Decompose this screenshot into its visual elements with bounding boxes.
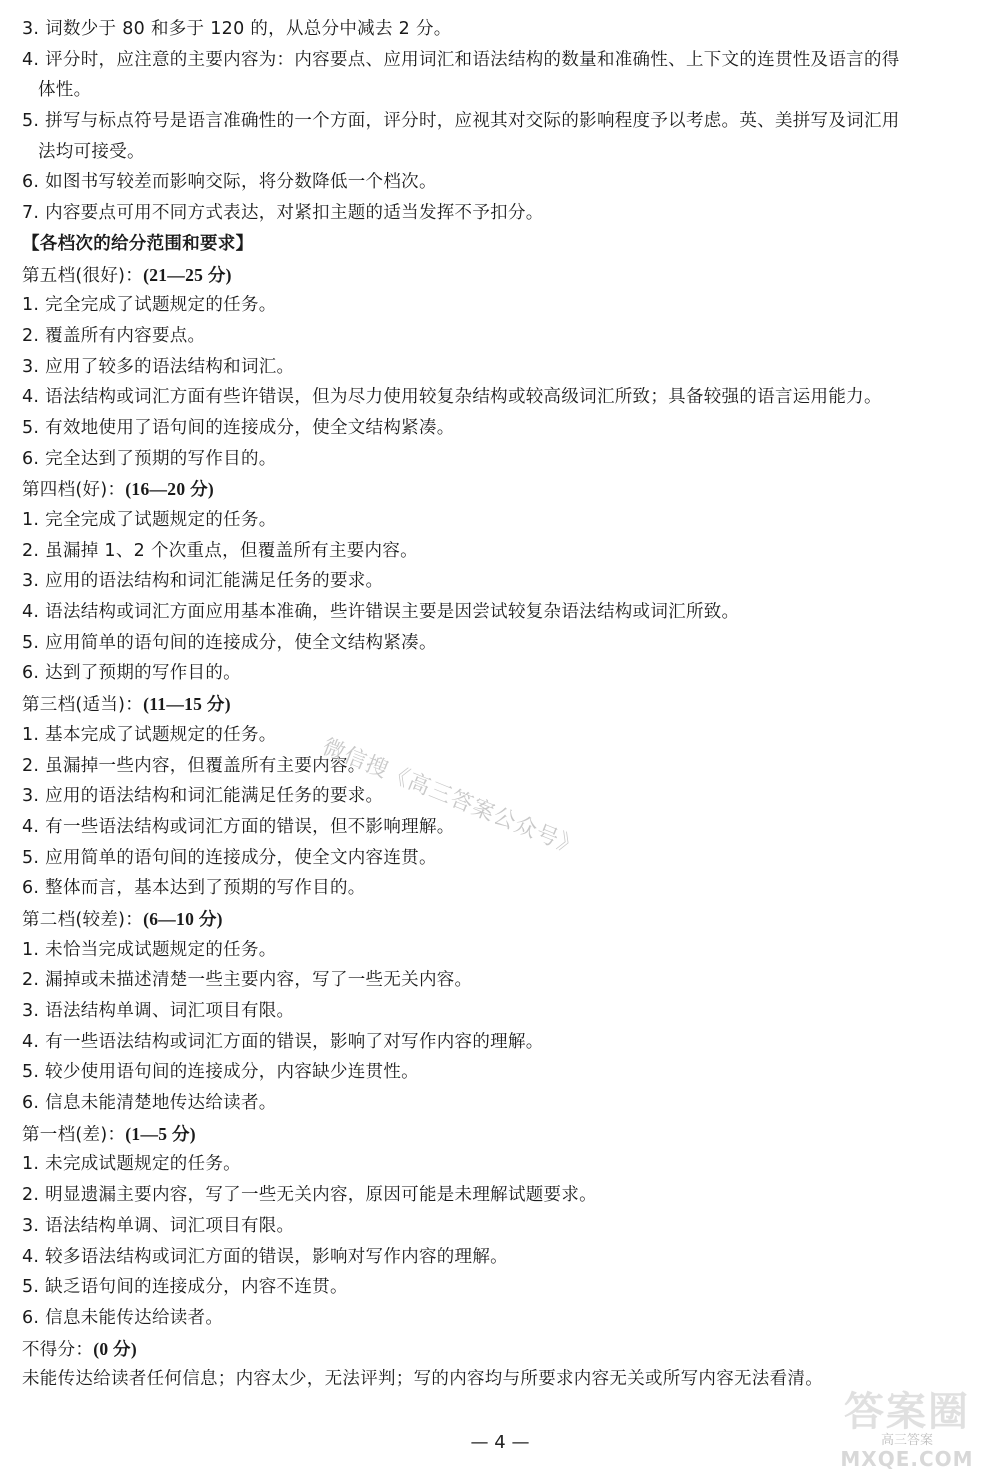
level-item: 1. 完全完成了试题规定的任务。 xyxy=(22,505,982,536)
level-item: 6. 信息未能清楚地传达给读者。 xyxy=(22,1088,982,1119)
level-name: 第三档(适当)： xyxy=(22,695,143,715)
level-item: 2. 明显遗漏主要内容，写了一些无关内容，原因可能是未理解试题要求。 xyxy=(22,1180,982,1211)
level-heading: 第二档(较差)：(6—10 分) xyxy=(22,904,982,935)
level-section: 第五档(很好)：(21—25 分) 1. 完全完成了试题规定的任务。 2. 覆盖… xyxy=(22,260,982,475)
logo-url-text: MXQE.COM xyxy=(822,1448,992,1470)
level-item: 1. 未恰当完成试题规定的任务。 xyxy=(22,935,982,966)
level-section: 第二档(较差)：(6—10 分) 1. 未恰当完成试题规定的任务。 2. 漏掉或… xyxy=(22,904,982,1119)
level-item: 2. 虽漏掉一些内容，但覆盖所有主要内容。 xyxy=(22,751,982,782)
level-name: 第一档(差)： xyxy=(22,1125,125,1145)
level-heading: 第一档(差)：(1—5 分) xyxy=(22,1119,982,1150)
logo-small-text: 高三答案 xyxy=(822,1434,992,1448)
level-name: 第五档(很好)： xyxy=(22,266,143,286)
level-item: 1. 完全完成了试题规定的任务。 xyxy=(22,290,982,321)
level-range: (6—10 分) xyxy=(143,909,223,929)
level-range: (21—25 分) xyxy=(143,265,232,285)
level-item: 1. 未完成试题规定的任务。 xyxy=(22,1149,982,1180)
level-item: 5. 有效地使用了语句间的连接成分，使全文结构紧凑。 xyxy=(22,413,982,444)
level-range: (1—5 分) xyxy=(125,1124,196,1144)
logo-big-text: 答案圈 xyxy=(822,1390,992,1434)
intro-item-5-cont: 法均可接受。 xyxy=(22,137,982,168)
level-item: 6. 完全达到了预期的写作目的。 xyxy=(22,444,982,475)
level-item: 4. 语法结构或词汇方面有些许错误，但为尽力使用较复杂结构或较高级词汇所致；具备… xyxy=(22,382,982,413)
zero-name: 不得分： xyxy=(22,1340,93,1360)
level-item: 4. 语法结构或词汇方面应用基本准确，些许错误主要是因尝试较复杂语法结构或词汇所… xyxy=(22,597,982,628)
zero-heading: 不得分：(0 分) xyxy=(22,1334,982,1365)
level-item: 5. 应用简单的语句间的连接成分，使全文内容连贯。 xyxy=(22,843,982,874)
intro-item-3: 3. 词数少于 80 和多于 120 的，从总分中减去 2 分。 xyxy=(22,14,982,45)
level-item: 2. 虽漏掉 1、2 个次重点，但覆盖所有主要内容。 xyxy=(22,536,982,567)
level-item: 6. 信息未能传达给读者。 xyxy=(22,1303,982,1334)
intro-item-4: 4. 评分时，应注意的主要内容为：内容要点、应用词汇和语法结构的数量和准确性、上… xyxy=(22,45,982,76)
level-section: 第四档(好)：(16—20 分) 1. 完全完成了试题规定的任务。 2. 虽漏掉… xyxy=(22,474,982,689)
level-range: (11—15 分) xyxy=(143,694,231,714)
intro-item-5: 5. 拼写与标点符号是语言准确性的一个方面，评分时，应视其对交际的影响程度予以考… xyxy=(22,106,982,137)
zero-range: (0 分) xyxy=(93,1339,137,1359)
level-name: 第二档(较差)： xyxy=(22,910,143,930)
intro-item-4-cont: 体性。 xyxy=(22,75,982,106)
level-item: 5. 较少使用语句间的连接成分，内容缺少连贯性。 xyxy=(22,1057,982,1088)
level-item: 2. 覆盖所有内容要点。 xyxy=(22,321,982,352)
level-item: 2. 漏掉或未描述清楚一些主要内容，写了一些无关内容。 xyxy=(22,965,982,996)
level-section: 第一档(差)：(1—5 分) 1. 未完成试题规定的任务。 2. 明显遗漏主要内… xyxy=(22,1119,982,1334)
intro-item-7: 7. 内容要点可用不同方式表达，对紧扣主题的适当发挥不予扣分。 xyxy=(22,198,982,229)
level-item: 1. 基本完成了试题规定的任务。 xyxy=(22,720,982,751)
corner-logo-watermark: 答案圈 高三答案 MXQE.COM xyxy=(822,1390,992,1472)
level-item: 5. 应用简单的语句间的连接成分，使全文结构紧凑。 xyxy=(22,628,982,659)
level-heading: 第四档(好)：(16—20 分) xyxy=(22,474,982,505)
zero-score-section: 不得分：(0 分) 未能传达给读者任何信息；内容太少，无法评判；写的内容均与所要… xyxy=(22,1334,982,1395)
level-heading: 第五档(很好)：(21—25 分) xyxy=(22,260,982,291)
level-section: 第三档(适当)：(11—15 分) 1. 基本完成了试题规定的任务。 2. 虽漏… xyxy=(22,689,982,904)
level-item: 4. 较多语法结构或词汇方面的错误，影响对写作内容的理解。 xyxy=(22,1242,982,1273)
level-range: (16—20 分) xyxy=(125,479,214,499)
level-name: 第四档(好)： xyxy=(22,480,125,500)
intro-item-6: 6. 如图书写较差而影响交际，将分数降低一个档次。 xyxy=(22,167,982,198)
level-item: 3. 语法结构单调、词汇项目有限。 xyxy=(22,1211,982,1242)
level-item: 3. 语法结构单调、词汇项目有限。 xyxy=(22,996,982,1027)
level-item: 6. 整体而言，基本达到了预期的写作目的。 xyxy=(22,873,982,904)
level-item: 6. 达到了预期的写作目的。 xyxy=(22,658,982,689)
intro-list: 3. 词数少于 80 和多于 120 的，从总分中减去 2 分。 4. 评分时，… xyxy=(22,14,982,229)
level-item: 3. 应用的语法结构和词汇能满足任务的要求。 xyxy=(22,566,982,597)
grading-title: 【各档次的给分范围和要求】 xyxy=(22,229,982,260)
level-item: 3. 应用了较多的语法结构和词汇。 xyxy=(22,352,982,383)
level-item: 5. 缺乏语句间的连接成分，内容不连贯。 xyxy=(22,1272,982,1303)
level-heading: 第三档(适当)：(11—15 分) xyxy=(22,689,982,720)
level-item: 4. 有一些语法结构或词汇方面的错误，影响了对写作内容的理解。 xyxy=(22,1027,982,1058)
document-page: 3. 词数少于 80 和多于 120 的，从总分中减去 2 分。 4. 评分时，… xyxy=(22,14,982,1395)
